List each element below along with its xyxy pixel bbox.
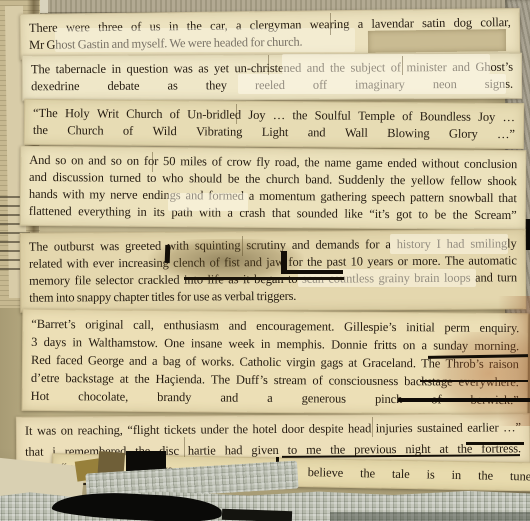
collage-artwork: Therewerethreeofusinthecar,aclergymanwea… xyxy=(0,0,530,521)
strip-line: flattenedeverythinginitspathwithacrashth… xyxy=(29,203,517,224)
backing-gap-patch xyxy=(368,29,506,53)
lighter-paper-patch xyxy=(390,234,508,254)
strip-seam xyxy=(152,152,153,172)
lighter-paper-patch xyxy=(238,74,506,94)
black-mark-on-tape xyxy=(222,509,292,521)
lighter-paper-patch xyxy=(282,54,490,74)
reddish-stain-edge xyxy=(498,296,530,426)
strip-seam xyxy=(372,417,373,437)
strip-seam xyxy=(236,104,237,124)
lighter-paper-patch xyxy=(168,193,248,211)
black-rule-line xyxy=(398,398,530,402)
strip-line: them into snappy chapter titles for use … xyxy=(29,286,517,306)
strip-seam xyxy=(268,55,269,75)
strip-seam xyxy=(402,56,403,75)
black-underline xyxy=(184,277,344,280)
black-rule-line xyxy=(420,380,528,382)
strip-seam xyxy=(184,437,185,457)
black-ink-mark xyxy=(165,245,171,263)
text-strip-4: Andsoonandsoonfor50milesofcrowflyroad,th… xyxy=(20,146,527,230)
black-ink-mark xyxy=(281,270,343,274)
strip-seam xyxy=(330,13,331,35)
black-rule-line xyxy=(466,442,524,445)
lighter-paper-patch xyxy=(55,28,355,52)
tape-shadow-edge xyxy=(330,512,530,521)
text-strip-3: “TheHolyWritChurchofUn-bridledJoy…theSou… xyxy=(24,99,524,149)
